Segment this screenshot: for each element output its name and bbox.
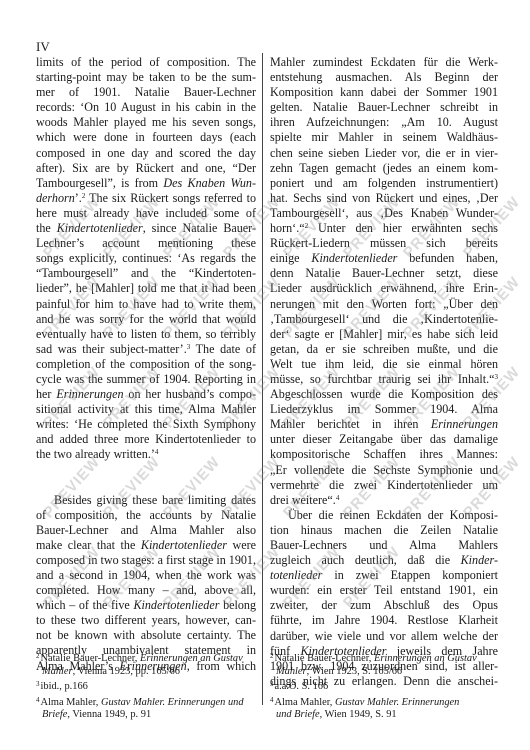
text-line: darüber, wie viele und vor allem welche … xyxy=(270,629,498,644)
text-line: denn Natalie Bauer-Lechner setzt, diese xyxy=(270,266,498,281)
text-line: der‘ sagte er [Mahler] mir, es habe sich… xyxy=(270,327,498,342)
text-line: and he was sorry for the world that woul… xyxy=(36,312,256,327)
text-line: and a second in 1904, when the work was xyxy=(36,568,256,583)
text-line: hat. Sechs sind von Rückert und eines, ‚… xyxy=(270,191,498,206)
text-line: eventually have to listen to them, so te… xyxy=(36,327,256,342)
text-line: entstehung ausmachen. Als Beginn der xyxy=(270,70,498,85)
footnote: 4Alma Mahler, Gustav Mahler. Erinnerunge… xyxy=(36,694,258,722)
text-line: spielte mir Mahler in seinem Waldhäus- xyxy=(270,130,498,145)
text-line: to these two different years, however, c… xyxy=(36,613,256,628)
german-column: Mahler zumindest Eckdaten für die Werk- … xyxy=(270,55,498,689)
text-line: Besides giving these bare limiting dates xyxy=(36,493,256,508)
text-line: records: ‘On 10 August in his cabin in t… xyxy=(36,100,256,115)
text-line: Komposition kann dabei der Sommer 1901 xyxy=(270,85,498,100)
text-line: müsse, so furchtbar traurig sei ihr Inha… xyxy=(270,372,498,387)
text-line: einige Kindertotenlieder befunden haben, xyxy=(270,251,498,266)
text-line: sad was their subject-matter’.3 The date… xyxy=(36,342,256,357)
text-line: lieder”, he [Mahler] told me that it had… xyxy=(36,281,256,296)
text-line: derhorn’.2 The six Rückert songs referre… xyxy=(36,191,256,206)
footnote: 3a.a.O. S. 166 xyxy=(270,678,498,694)
text-line: getan, da er sie schreiben mußte, und di… xyxy=(270,342,498,357)
english-column: limits of the period of composition. The… xyxy=(36,55,256,674)
footnote: 2Natalie Bauer-Lechner, Erinnerungen an … xyxy=(270,650,498,678)
text-line: Rückert-Liedern müssen sich bereits xyxy=(270,236,498,251)
text-line: and added three more Kindertotenlieder t… xyxy=(36,432,256,447)
footnote: 4Alma Mahler, Gustav Mahler. Erinnerunge… xyxy=(270,694,498,722)
english-paragraph-1: limits of the period of composition. The… xyxy=(36,55,256,463)
text-line: Mahler berichtet in ihren Erinnerungen xyxy=(270,417,498,432)
text-line: the Kindertotenlieder, since Natalie Bau… xyxy=(36,221,256,236)
text-line: limits of the period of composition. The xyxy=(36,55,256,70)
text-line: “Tambourgesell” and the “Kindertoten- xyxy=(36,266,256,281)
text-line: make clear that the Kindertotenlieder we… xyxy=(36,538,256,553)
text-line: horn‘.“2 Unter den hier erwähnten sechs xyxy=(270,221,498,236)
text-line: composed in one day and scored the day xyxy=(36,146,256,161)
footnote: 2Natalie Bauer-Lechner, Erinnerungen an … xyxy=(36,650,258,678)
text-line: which – of the five Kindertotenlieder be… xyxy=(36,598,256,613)
text-line: the two already written.’4 xyxy=(36,447,256,462)
text-line: cycle was the summer of 1904. Reporting … xyxy=(36,372,256,387)
text-line: ‚Tambourgesell‘ und die ‚Kindertotenlie- xyxy=(270,312,498,327)
footnote-ref: 4 xyxy=(336,494,340,502)
text-line: Welt tue ihm leid, die sie einmal hören xyxy=(270,357,498,372)
english-footnotes: 2Natalie Bauer-Lechner, Erinnerungen an … xyxy=(36,650,258,722)
text-line: songs explicitly, continues: ‘As regards… xyxy=(36,251,256,266)
text-line: tion hinaus machen die Zeilen Natalie xyxy=(270,523,498,538)
text-line: Lieder ausdrücklich erwähnend, ihre Erin… xyxy=(270,281,498,296)
text-line: completion of the composition of the son… xyxy=(36,357,256,372)
text-line: gelten. Natalie Bauer-Lechner schreibt i… xyxy=(270,100,498,115)
text-line: „Er vollendete die Sechste Symphonie und xyxy=(270,463,498,478)
column-divider xyxy=(262,53,263,705)
paragraph-gap xyxy=(36,463,256,493)
footnote: 3ibid., p.166 xyxy=(36,678,258,694)
text-line: Abgeschlossen wurde die Komposition des xyxy=(270,387,498,402)
text-line: here must already have included some of xyxy=(36,206,256,221)
text-line: not be known with absolute certainty. Th… xyxy=(36,628,256,643)
text-line: zehn Tagen gemacht (jedes an einem kom- xyxy=(270,161,498,176)
text-line: ihren Aufzeichnungen: „Am 10. August xyxy=(270,115,498,130)
text-line: woods Mahler played me his seven songs, xyxy=(36,115,256,130)
text-line: composed in two stages: a first stage in… xyxy=(36,553,256,568)
footnote-ref: 4 xyxy=(155,448,159,456)
text-line: starting-point may be taken to be the su… xyxy=(36,70,256,85)
text-line: Tambourgesell‘, aus ‚Des Knaben Wunder- xyxy=(270,206,498,221)
page-number: IV xyxy=(36,40,50,54)
text-line: nerungen mit den Worten fort: „Über den xyxy=(270,297,498,312)
text-line: zweiter, der zum Abschluß des Opus xyxy=(270,598,498,613)
footnote-ref: 3 xyxy=(495,373,499,381)
text-line: completed. How many – and, above all, xyxy=(36,583,256,598)
text-line: unter dieser Zeitangabe über das damalig… xyxy=(270,432,498,447)
text-line: which were done in fourteen days (each xyxy=(36,130,256,145)
text-line: Tambourgesell”, is from Des Knaben Wun- xyxy=(36,176,256,191)
text-line: after). Six are by Rückert and one, “Der xyxy=(36,161,256,176)
text-line: wurden: ein erster Teil entstand 1901, e… xyxy=(270,583,498,598)
text-line: führte, im Jahre 1904. Restlose Klarheit xyxy=(270,613,498,628)
text-line: poniert und am folgenden instrumentiert) xyxy=(270,176,498,191)
text-line: mer of 1901. Natalie Bauer-Lechner xyxy=(36,85,256,100)
text-line: drei weitere“.4 xyxy=(270,493,498,508)
english-paragraph-2: Besides giving these bare limiting dates… xyxy=(36,493,256,674)
german-footnotes: 2Natalie Bauer-Lechner, Erinnerungen an … xyxy=(270,650,498,722)
text-line: Über die reinen Eckdaten der Komposi- xyxy=(270,508,498,523)
text-line: writes: ‘He completed the Sixth Symphony xyxy=(36,417,256,432)
text-line: zugleich auch deutlich, daß die Kinder- xyxy=(270,553,498,568)
text-line: her Erinnerungen on her husband’s compo- xyxy=(36,387,256,402)
text-line: Bauer-Lechners und Alma Mahlers xyxy=(270,538,498,553)
text-line: chen seine sieben Lieder vor, die er in … xyxy=(270,146,498,161)
text-line: Mahler zumindest Eckdaten für die Werk- xyxy=(270,55,498,70)
text-line: vermehrte die zwei Kindertotenlieder um xyxy=(270,478,498,493)
text-line: Bauer-Lechner and Alma Mahler also xyxy=(36,523,256,538)
text-line: kompositorische Schaffen ihres Mannes: xyxy=(270,447,498,462)
text-line: sitional activity at this time, Alma Mah… xyxy=(36,402,256,417)
text-line: totenlieder in zwei Etappen komponiert xyxy=(270,568,498,583)
text-line: painful for him to have had to write the… xyxy=(36,297,256,312)
text-line: Lechner’s account mentioning these xyxy=(36,236,256,251)
text-line: Liederzyklus im Sommer 1904. Alma xyxy=(270,402,498,417)
german-paragraph-1: Mahler zumindest Eckdaten für die Werk- … xyxy=(270,55,498,508)
text-line: of composition, the accounts by Natalie xyxy=(36,508,256,523)
